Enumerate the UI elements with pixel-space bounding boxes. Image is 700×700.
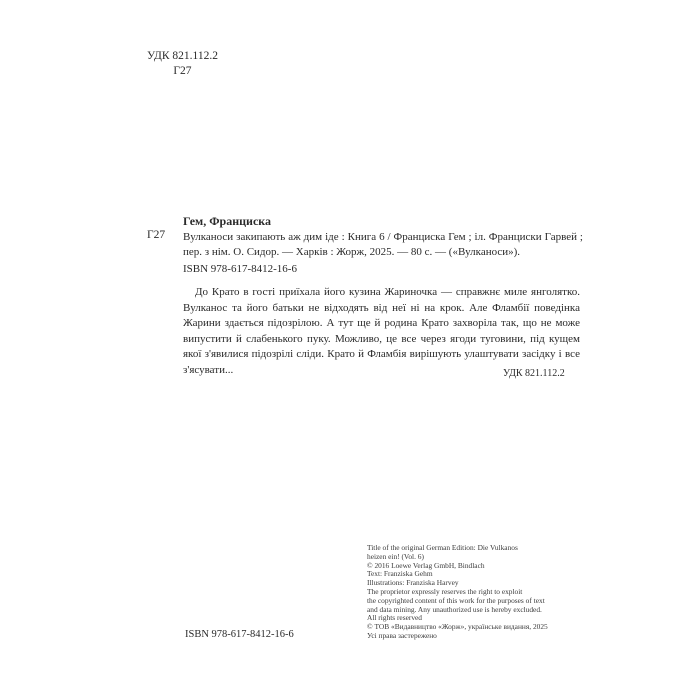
udk-footer: УДК 821.112.2 xyxy=(503,368,565,379)
catalog-author-code: Г27 xyxy=(147,229,165,241)
bottom-isbn: ISBN 978-617-8412-16-6 xyxy=(185,629,294,640)
legal-notice: Title of the original German Edition: Di… xyxy=(367,544,582,641)
legal-line: Усі права застережено xyxy=(367,632,582,641)
catalog-author: Гем, Франциска xyxy=(183,214,583,230)
udk-classification: УДК 821.112.2 xyxy=(147,49,218,64)
udk-header: УДК 821.112.2 Г27 xyxy=(147,49,218,79)
catalog-description: Вулканоси закипають аж дим іде : Книга 6… xyxy=(183,230,583,261)
author-code: Г27 xyxy=(147,64,218,79)
annotation: До Крато в гості приїхала його кузина Жа… xyxy=(183,285,580,379)
catalog-isbn: ISBN 978-617-8412-16-6 xyxy=(183,263,297,275)
catalog-entry: Гем, Франциска Вулканоси закипають аж ди… xyxy=(183,214,583,261)
